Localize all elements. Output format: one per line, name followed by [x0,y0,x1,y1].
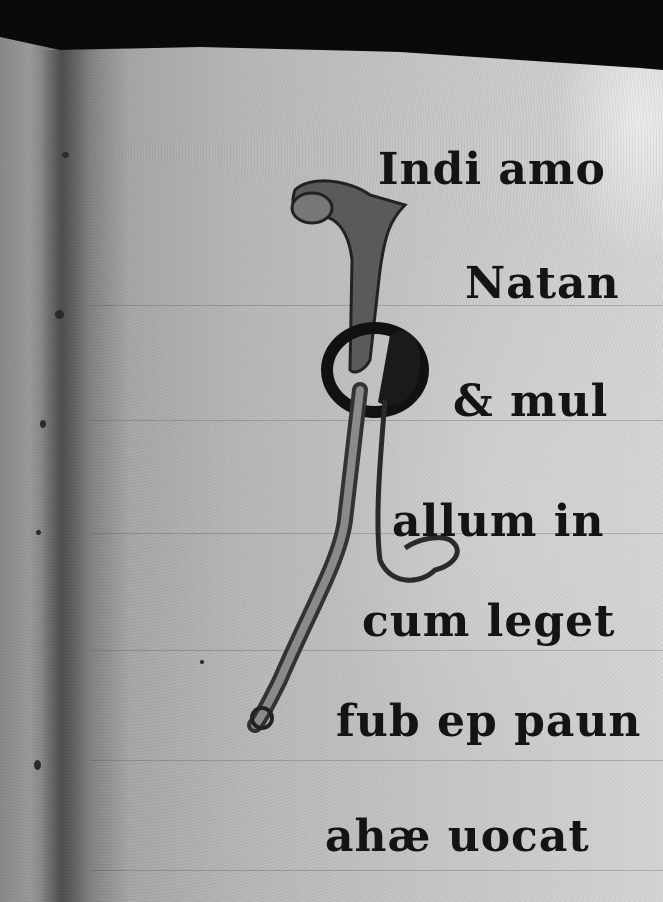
text-line: cum leget [362,600,615,644]
stain-spot [200,660,204,664]
ruling-line [90,870,663,871]
decorated-initial-i [240,140,470,760]
stain-spot [40,420,46,428]
text-line: ahæ uocat [325,815,590,859]
text-line: Natan [465,262,620,306]
text-line: fub ep paun [336,700,641,744]
text-line: allum in [392,500,605,544]
stain-spot [34,760,41,770]
text-line: Indi amo [378,148,606,192]
text-line: & mul [453,380,608,424]
ruling-line [90,760,663,761]
stain-spot [36,530,41,535]
binding-gutter [40,50,90,902]
parchment-page: Indi amo Natan & mul allum in cum leget … [0,0,663,902]
stain-spot [62,152,69,158]
stain-spot [55,310,64,319]
manuscript-photo: Indi amo Natan & mul allum in cum leget … [0,0,663,902]
